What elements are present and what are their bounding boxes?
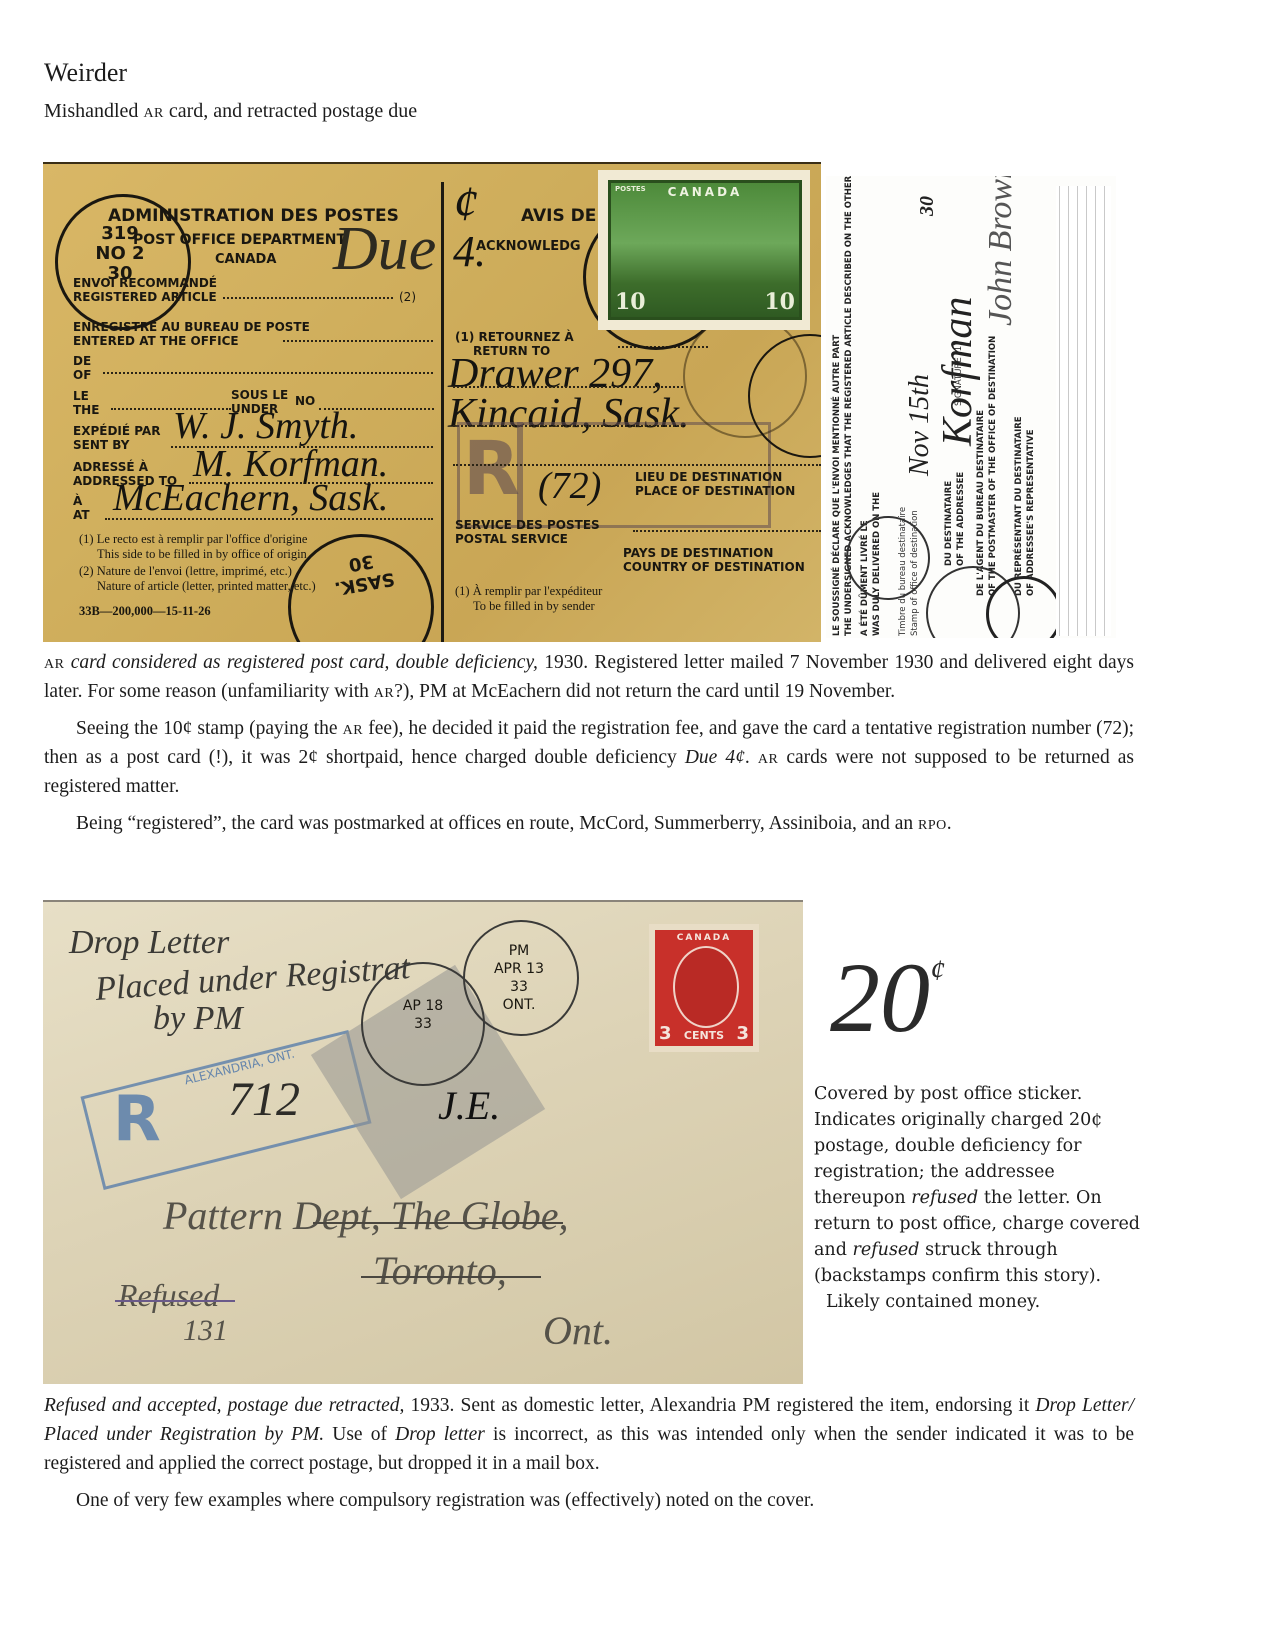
handwritten-due: Due bbox=[333, 214, 436, 285]
address-strike-2 bbox=[361, 1276, 541, 1278]
stamp-postes: POSTES bbox=[615, 185, 646, 193]
subtitle-text-2: card, and retracted postage due bbox=[164, 100, 417, 122]
back-fine-print bbox=[1056, 186, 1111, 636]
caption-ar-card: AR card considered as registered post ca… bbox=[44, 648, 1134, 838]
cover-image: Drop Letter Placed under Registrat by PM… bbox=[43, 900, 803, 1384]
dotted-line bbox=[223, 297, 393, 299]
paragraph-2: Seeing the 10¢ stamp (paying the AR fee)… bbox=[44, 714, 1134, 801]
refused-note: Refused bbox=[118, 1277, 219, 1314]
back-handwritten-date: Nov 15th bbox=[904, 374, 936, 476]
page-title: Weirder bbox=[44, 58, 127, 88]
stamp-portrait bbox=[673, 946, 739, 1028]
dotted-line bbox=[283, 340, 433, 342]
card-divider bbox=[441, 182, 444, 642]
label-the: LETHE bbox=[73, 389, 99, 417]
back-declaration-fr: LE SOUSSIGNÉ DÉCLARE QUE L'ENVOI MENTION… bbox=[832, 335, 842, 636]
handwritten-cent: ¢ bbox=[453, 174, 478, 232]
back-addressee-en: OF THE ADDRESSEE bbox=[956, 472, 966, 566]
address-line-1: Pattern Dept, The Globe, bbox=[163, 1192, 569, 1239]
registration-letter-blue: R bbox=[113, 1082, 161, 1155]
registration-letter: R bbox=[463, 426, 520, 512]
label-sent-by: EXPÉDIÉ PARSENT BY bbox=[73, 424, 160, 452]
sticker-detail-20-cents: 20¢ bbox=[830, 940, 945, 1055]
stamp-value-left: 10 bbox=[615, 289, 646, 315]
back-signature-postmaster: John Brown bbox=[982, 176, 1020, 326]
endorsement-by-pm: by PM bbox=[153, 1000, 243, 1038]
handwritten-town: McEachern, Sask. bbox=[113, 476, 388, 520]
caption-ar-2: AR bbox=[374, 681, 394, 702]
address-line-3: Ont. bbox=[543, 1307, 613, 1354]
subtitle-ar: AR bbox=[143, 100, 163, 122]
refused-strike bbox=[115, 1300, 235, 1302]
stamp-value-right: 10 bbox=[764, 289, 795, 315]
dotted-line bbox=[103, 372, 433, 374]
label-destination: LIEU DE DESTINATIONPLACE OF DESTINATION bbox=[635, 470, 795, 498]
stamp-10-cents: CANADA POSTES 10 10 bbox=[598, 170, 810, 330]
label-at: ÀAT bbox=[73, 494, 90, 522]
rpo-postmark-text: 319NO 230 bbox=[95, 224, 145, 284]
marker-2: (2) bbox=[399, 290, 416, 304]
caption-cover: Refused and accepted, postage due retrac… bbox=[44, 1391, 1134, 1515]
label-of: DEOF bbox=[73, 354, 91, 382]
stamp-country: CANADA bbox=[655, 933, 753, 943]
caption-ar: AR bbox=[44, 652, 64, 673]
back-rep-en: OF ADDRESSEE'S REPRESENTATIVE bbox=[1026, 429, 1036, 596]
registration-number: 712 bbox=[228, 1072, 300, 1127]
endorsement-drop-letter: Drop Letter bbox=[69, 924, 229, 962]
label-country: PAYS DE DESTINATIONCOUNTRY OF DESTINATIO… bbox=[623, 546, 805, 574]
refused-number: 131 bbox=[183, 1314, 228, 1348]
back-postmaster-en: OF THE POSTMASTER OF THE OFFICE OF DESTI… bbox=[988, 336, 998, 596]
card-title-en: ACKNOWLEDG bbox=[476, 239, 581, 254]
back-handwritten-year: 30 bbox=[916, 196, 939, 216]
side-note-money: Likely contained money. bbox=[814, 1289, 1144, 1315]
note-sender: (1) À remplir par l'expéditeurTo be fill… bbox=[455, 584, 602, 614]
dotted-line bbox=[633, 530, 821, 532]
paragraph-3: Being “registered”, the card was postmar… bbox=[44, 809, 1134, 838]
footer-code: 33B—200,000—15-11-26 bbox=[79, 604, 211, 619]
card-title-fr: AVIS DE bbox=[521, 206, 596, 226]
back-addressee-fr: DU DESTINATAIRE bbox=[944, 481, 954, 566]
back-summer-postmark bbox=[846, 516, 930, 600]
stamp-value-right: 3 bbox=[736, 1023, 749, 1044]
caption-text-2: ?), PM at McEachern did not return the c… bbox=[394, 681, 895, 702]
back-mccord-postmark bbox=[986, 576, 1062, 638]
caption-italic: card considered as registered post card,… bbox=[64, 652, 537, 673]
dotted-line bbox=[453, 386, 683, 388]
ar-card-back-image: LE SOUSSIGNÉ DÉCLARE QUE L'ENVOI MENTION… bbox=[826, 176, 1116, 638]
card-header-country: CANADA bbox=[215, 252, 276, 267]
dotted-line bbox=[453, 464, 821, 466]
toronto-postmark-text: AP 1833 bbox=[383, 997, 463, 1033]
note-1: (1) Le recto est à remplir par l'office … bbox=[79, 532, 307, 562]
page-subtitle: Mishandled AR card, and retracted postag… bbox=[44, 100, 417, 123]
subtitle-text: Mishandled bbox=[44, 100, 143, 122]
alexandria-postmark-text: PMAPR 1333ONT. bbox=[483, 942, 555, 1014]
back-rep-fr: DU REPRÉSENTANT DU DESTINATAIRE bbox=[1014, 416, 1024, 596]
side-note: Covered by post office sticker. Indicate… bbox=[814, 1081, 1144, 1315]
label-postal-service: SERVICE DES POSTESPOSTAL SERVICE bbox=[455, 518, 600, 546]
ar-card-front-image: ADMINISTRATION DES POSTES POST OFFICE DE… bbox=[43, 162, 821, 642]
address-strike bbox=[313, 1222, 563, 1224]
note-2: (2) Nature de l'envoi (lettre, imprimé, … bbox=[79, 564, 316, 594]
address-line-2: Toronto, bbox=[373, 1247, 507, 1294]
sticker-initials: J.E. bbox=[438, 1082, 500, 1129]
paragraph-last: One of very few examples where compulsor… bbox=[44, 1486, 1134, 1515]
handwritten-reg-number: (72) bbox=[538, 464, 601, 508]
back-signature-addressee: Korfman bbox=[934, 297, 982, 446]
stamp-3-cents: CANADA 3 CENTS 3 bbox=[649, 924, 759, 1052]
